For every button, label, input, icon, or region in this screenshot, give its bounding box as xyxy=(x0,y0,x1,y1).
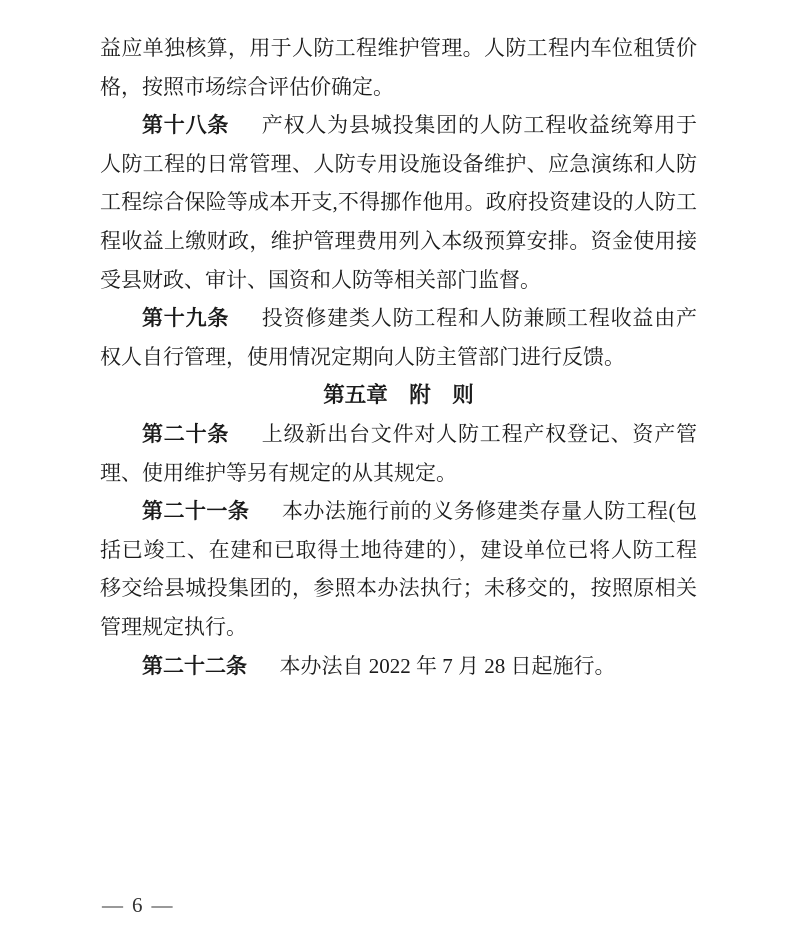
chapter-heading: 第五章 附 则 xyxy=(100,376,697,415)
page-number: 6 xyxy=(132,888,143,922)
paragraph-continuation: 益应单独核算，用于人防工程维护管理。人防工程内车位租赁价格，按照市场综合评估价确… xyxy=(100,29,697,106)
paragraph-article-18: 第十八条产权人为县城投集团的人防工程收益统筹用于人防工程的日常管理、人防专用设施… xyxy=(100,106,697,299)
paragraph-article-22: 第二十二条本办法自 2022 年 7 月 28 日起施行。 xyxy=(100,647,697,686)
footer-dash-left: — xyxy=(102,888,123,922)
article-number-22: 第二十二条 xyxy=(142,654,247,678)
article-number-19: 第十九条 xyxy=(142,306,229,330)
paragraph-article-21: 第二十一条本办法施行前的义务修建类存量人防工程(包括已竣工、在建和已取得土地待建… xyxy=(100,492,697,646)
article-text-18: 产权人为县城投集团的人防工程收益统筹用于人防工程的日常管理、人防专用设施设备维护… xyxy=(100,113,697,291)
paragraph-article-19: 第十九条投资修建类人防工程和人防兼顾工程收益由产权人自行管理，使用情况定期向人防… xyxy=(100,299,697,376)
page-footer: — 6 — xyxy=(102,888,173,922)
article-number-21: 第二十一条 xyxy=(142,499,249,523)
document-page: 益应单独核算，用于人防工程维护管理。人防工程内车位租赁价格，按照市场综合评估价确… xyxy=(0,0,794,941)
article-number-20: 第二十条 xyxy=(142,422,229,446)
paragraph-article-20: 第二十条上级新出台文件对人防工程产权登记、资产管理、使用维护等另有规定的从其规定… xyxy=(100,415,697,492)
article-number-18: 第十八条 xyxy=(142,113,229,137)
document-body: 益应单独核算，用于人防工程维护管理。人防工程内车位租赁价格，按照市场综合评估价确… xyxy=(100,29,697,685)
footer-dash-right: — xyxy=(152,888,173,922)
article-text-22: 本办法自 2022 年 7 月 28 日起施行。 xyxy=(280,654,616,678)
